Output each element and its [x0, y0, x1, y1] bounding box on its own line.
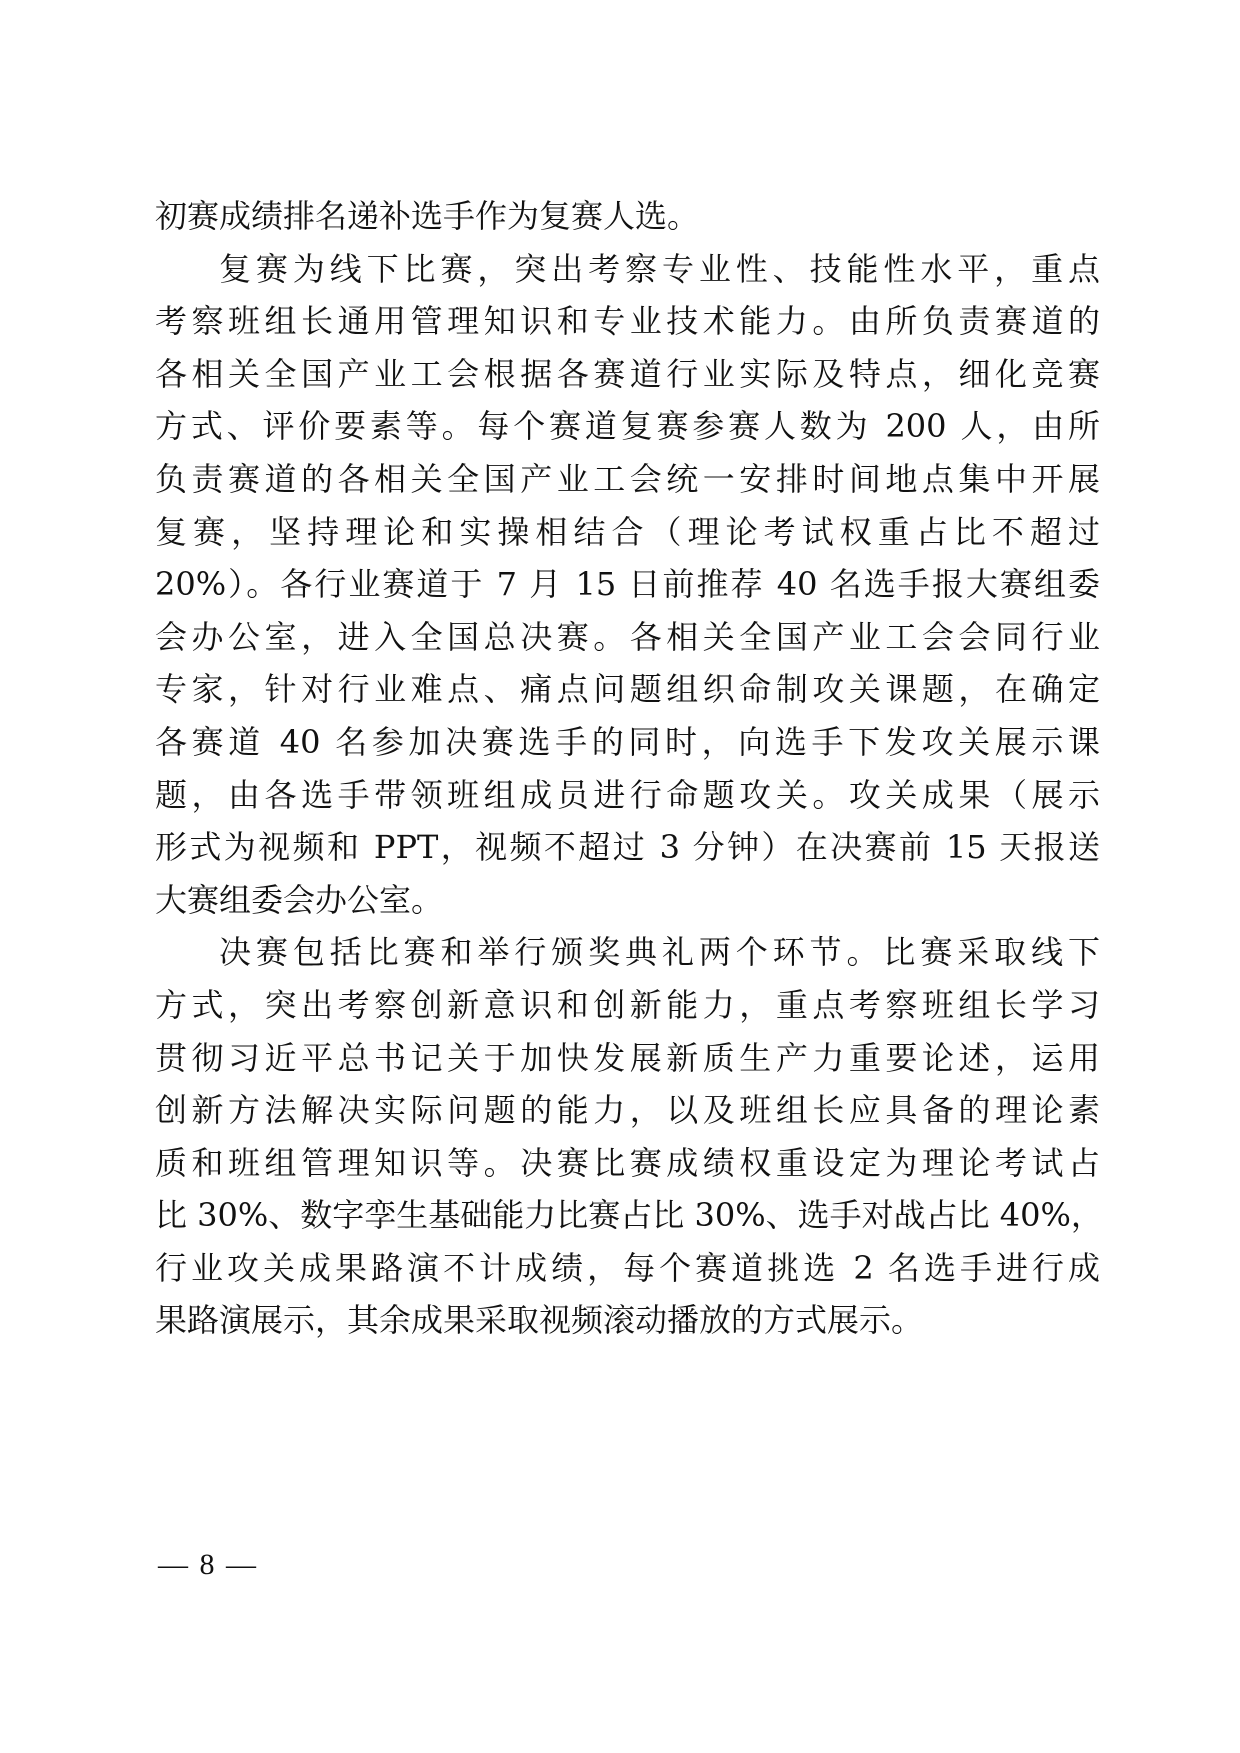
- text-line: 贯彻习近平总书记关于加快发展新质生产力重要论述，运用: [155, 1032, 1100, 1085]
- text-line: 会办公室，进入全国总决赛。各相关全国产业工会会同行业: [155, 611, 1100, 664]
- text-line: 决赛包括比赛和举行颁奖典礼两个环节。比赛采取线下: [155, 926, 1100, 979]
- text-line: 创新方法解决实际问题的能力，以及班组长应具备的理论素: [155, 1084, 1100, 1137]
- text-line: 专家，针对行业难点、痛点问题组织命制攻关课题，在确定: [155, 663, 1100, 716]
- text-line: 质和班组管理知识等。决赛比赛成绩权重设定为理论考试占: [155, 1137, 1100, 1190]
- text-line: 方式，突出考察创新意识和创新能力，重点考察班组长学习: [155, 979, 1100, 1032]
- text-line: 复赛，坚持理论和实操相结合（理论考试权重占比不超过: [155, 506, 1100, 559]
- text-line: 行业攻关成果路演不计成绩，每个赛道挑选 2 名选手进行成: [155, 1242, 1100, 1295]
- text-line: 题，由各选手带领班组成员进行命题攻关。攻关成果（展示: [155, 769, 1100, 822]
- text-line: 初赛成绩排名递补选手作为复赛人选。: [155, 190, 1100, 243]
- document-page: 初赛成绩排名递补选手作为复赛人选。 复赛为线下比赛，突出考察专业性、技能性水平，…: [155, 190, 1100, 1347]
- text-line: 形式为视频和 PPT，视频不超过 3 分钟）在决赛前 15 天报送: [155, 821, 1100, 874]
- text-line: 考察班组长通用管理知识和专业技术能力。由所负责赛道的: [155, 295, 1100, 348]
- text-line: 20%）。各行业赛道于 7 月 15 日前推荐 40 名选手报大赛组委: [155, 558, 1100, 611]
- text-line: 负责赛道的各相关全国产业工会统一安排时间地点集中开展: [155, 453, 1100, 506]
- text-line: 各赛道 40 名参加决赛选手的同时，向选手下发攻关展示课: [155, 716, 1100, 769]
- text-line: 复赛为线下比赛，突出考察专业性、技能性水平，重点: [155, 243, 1100, 296]
- text-line: 大赛组委会办公室。: [155, 874, 1100, 927]
- page-number: — 8 —: [158, 1545, 258, 1585]
- text-line: 各相关全国产业工会根据各赛道行业实际及特点，细化竞赛: [155, 348, 1100, 401]
- text-line: 果路演展示，其余成果采取视频滚动播放的方式展示。: [155, 1294, 1100, 1347]
- text-line: 比 30%、数字孪生基础能力比赛占比 30%、选手对战占比 40%，: [155, 1189, 1100, 1242]
- text-line: 方式、评价要素等。每个赛道复赛参赛人数为 200 人，由所: [155, 400, 1100, 453]
